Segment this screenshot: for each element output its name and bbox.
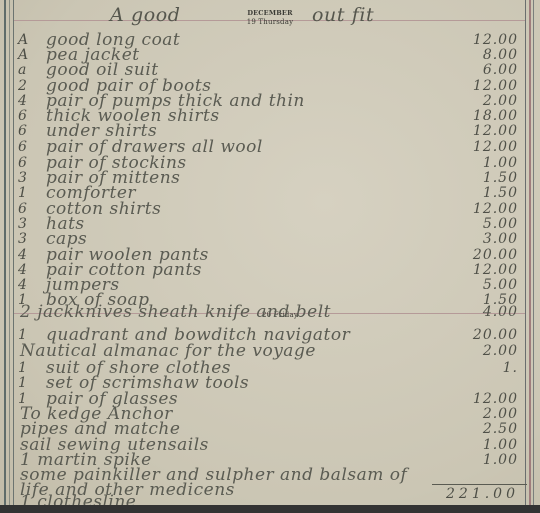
item-quantity: A [18, 32, 28, 48]
item-price: 4.00 [483, 304, 518, 320]
item-quantity: 3 [18, 170, 27, 186]
item-price: 5.00 [483, 216, 518, 232]
item-quantity: 6 [18, 201, 27, 217]
item-quantity: 4 [18, 93, 27, 109]
item-price: 12.00 [473, 139, 518, 155]
item-price: 1.00 [483, 452, 518, 468]
item-quantity: 6 [18, 155, 27, 171]
item-quantity: 1 [18, 185, 27, 201]
item-price: 3.00 [483, 231, 518, 247]
item-price: 2.50 [483, 421, 518, 437]
margin-line [13, 0, 14, 505]
item-price: 1.50 [483, 185, 518, 201]
list-item: Nautical almanac for the voyage2.00 [16, 343, 526, 359]
heading-right: out fit [312, 4, 374, 26]
item-price: 20.00 [473, 327, 518, 343]
item-price: 1.00 [483, 437, 518, 453]
item-quantity: 1 [18, 375, 27, 391]
item-quantity: 6 [18, 108, 27, 124]
item-price: 8.00 [483, 47, 518, 63]
item-price: 6.00 [483, 62, 518, 78]
item-price: 2.00 [483, 343, 518, 359]
item-quantity: 4 [18, 277, 27, 293]
item-quantity: a [18, 62, 26, 78]
item-price: 20.00 [473, 247, 518, 263]
heading-left: A good [110, 4, 181, 26]
list-item: 2 jackknives sheath knife and belt4.00 [16, 304, 526, 320]
item-price: 12.00 [473, 32, 518, 48]
item-quantity: 3 [18, 231, 27, 247]
item-quantity: 4 [18, 247, 27, 263]
item-price: 12.00 [473, 201, 518, 217]
printed-date-19: 19 Thursday [236, 18, 304, 26]
item-quantity: 1 [18, 360, 27, 376]
item-price: 12.00 [473, 391, 518, 407]
item-price: 1. [503, 360, 518, 376]
ledger-page: DECEMBER 19 Thursday 20 Friday A good ou… [0, 0, 540, 505]
item-quantity: 3 [18, 216, 27, 232]
item-price: 1.50 [483, 170, 518, 186]
item-price: 18.00 [473, 108, 518, 124]
margin-line [9, 0, 10, 505]
item-price: 5.00 [483, 277, 518, 293]
item-quantity: 2 [18, 78, 27, 94]
item-price: 12.00 [473, 262, 518, 278]
margin-line [4, 0, 6, 505]
total-amount: 221.00 [446, 486, 519, 502]
bottom-edge [0, 505, 540, 513]
item-quantity: 6 [18, 123, 27, 139]
item-price: 1.00 [483, 155, 518, 171]
item-quantity: 4 [18, 262, 27, 278]
item-price: 12.00 [473, 78, 518, 94]
total-underline [432, 484, 527, 485]
item-quantity: 6 [18, 139, 27, 155]
margin-line [533, 0, 534, 505]
list-item: 3hats5.00 [16, 216, 526, 232]
printed-month: DECEMBER [240, 9, 300, 17]
margin-line [529, 0, 531, 505]
item-price: 2.00 [483, 93, 518, 109]
item-quantity: A [18, 47, 28, 63]
item-price: 12.00 [473, 123, 518, 139]
item-description: 2 jackknives sheath knife and belt [20, 302, 331, 322]
list-item: 6cotton shirts12.00 [16, 201, 526, 217]
item-price: 2.00 [483, 406, 518, 422]
